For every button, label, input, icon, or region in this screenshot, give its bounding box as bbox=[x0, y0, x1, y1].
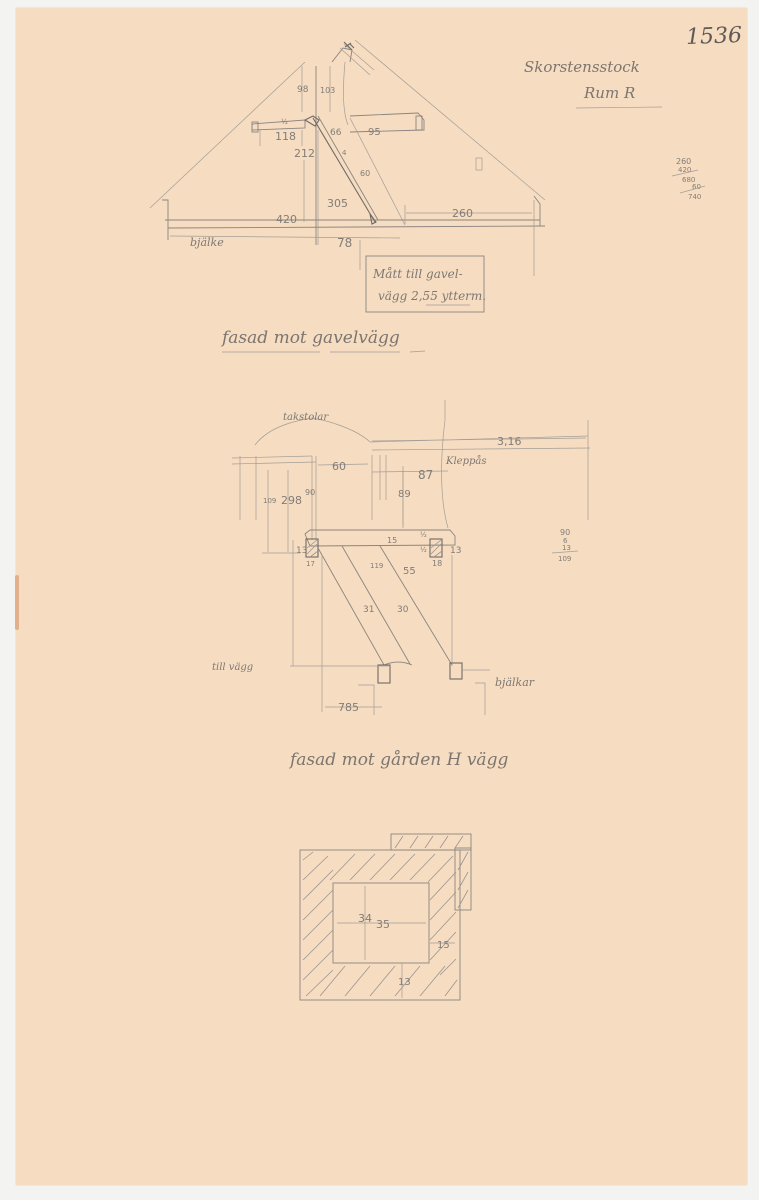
dim-60: 60 bbox=[360, 169, 370, 178]
dim-34: 34 bbox=[358, 912, 372, 925]
dim-30: 30 bbox=[397, 605, 409, 615]
dim-4: 4 bbox=[342, 149, 347, 157]
dim-98: 98 bbox=[297, 85, 309, 95]
margin-calc-mid: 90 6 13 109 bbox=[552, 528, 578, 563]
dim-420: 420 bbox=[276, 213, 297, 226]
note-line-1: Mått till gavel- bbox=[372, 266, 463, 281]
label-kleppas: Kleppås bbox=[445, 455, 486, 467]
dim-15-c: 15 bbox=[437, 940, 450, 951]
dim-119: 119 bbox=[370, 562, 383, 570]
dim-89: 89 bbox=[398, 489, 411, 500]
svg-text:90: 90 bbox=[560, 528, 570, 537]
margin-calc-top: 260 420 680 60 740 bbox=[672, 157, 705, 201]
dim-78: 78 bbox=[337, 236, 352, 250]
dim-half-b: ½ bbox=[420, 546, 427, 554]
dim-17: 17 bbox=[306, 560, 315, 568]
note-line-2: vägg 2,55 ytterm. bbox=[378, 289, 486, 303]
dim-18: 18 bbox=[432, 559, 442, 568]
drawing-flue-section bbox=[300, 834, 471, 1000]
dim-90: 90 bbox=[305, 488, 315, 497]
dim-13-c: 13 bbox=[398, 977, 411, 988]
drawing-courtyard-facade bbox=[232, 400, 590, 715]
dim-15: 15 bbox=[387, 536, 397, 545]
dim-half-a: ½ bbox=[420, 531, 427, 539]
dim-109: 109 bbox=[263, 497, 276, 505]
dim-55: 55 bbox=[403, 566, 416, 577]
label-bjalke: bjälke bbox=[190, 236, 224, 249]
dim-118: 118 bbox=[275, 130, 296, 143]
svg-text:13: 13 bbox=[562, 544, 571, 552]
title-rum: Rum R bbox=[584, 84, 635, 102]
label-takstolar: takstolar bbox=[283, 412, 329, 423]
dim-785: 785 bbox=[338, 701, 359, 714]
sheet-number: 1536 bbox=[686, 23, 743, 50]
dim-66: 66 bbox=[330, 128, 342, 138]
dim-95: 95 bbox=[368, 127, 381, 138]
caption-courtyard-facade: fasad mot gården H vägg bbox=[290, 750, 508, 770]
dim-31: 31 bbox=[363, 605, 374, 615]
dim-13-right: 13 bbox=[450, 546, 461, 556]
dim-298: 298 bbox=[281, 494, 302, 507]
svg-text:260: 260 bbox=[676, 157, 691, 166]
svg-text:740: 740 bbox=[688, 193, 701, 201]
dim-13-left: 13 bbox=[296, 546, 307, 556]
dim-60-b: 60 bbox=[332, 460, 346, 473]
svg-text:60: 60 bbox=[692, 183, 701, 191]
dim-half: ½ bbox=[281, 118, 288, 126]
caption-gable-facade: fasad mot gavelvägg bbox=[222, 328, 400, 348]
drawing-gable-facade bbox=[150, 40, 545, 312]
dim-260: 260 bbox=[452, 207, 473, 220]
title-skorstensstock: Skorstensstock bbox=[524, 58, 640, 76]
dim-316: 3,16 bbox=[497, 435, 522, 448]
dim-87: 87 bbox=[418, 468, 433, 482]
sketch-canvas: 98 103 118 ½ 66 95 212 4 60 305 420 78 2… bbox=[0, 0, 759, 1200]
dim-305: 305 bbox=[327, 197, 348, 210]
dim-35: 35 bbox=[376, 918, 390, 931]
svg-text:109: 109 bbox=[558, 555, 571, 563]
dim-103: 103 bbox=[320, 86, 335, 95]
label-bjalkar: bjälkar bbox=[495, 676, 535, 689]
dim-212: 212 bbox=[294, 147, 315, 160]
label-till-vagg: till vägg bbox=[212, 662, 253, 673]
